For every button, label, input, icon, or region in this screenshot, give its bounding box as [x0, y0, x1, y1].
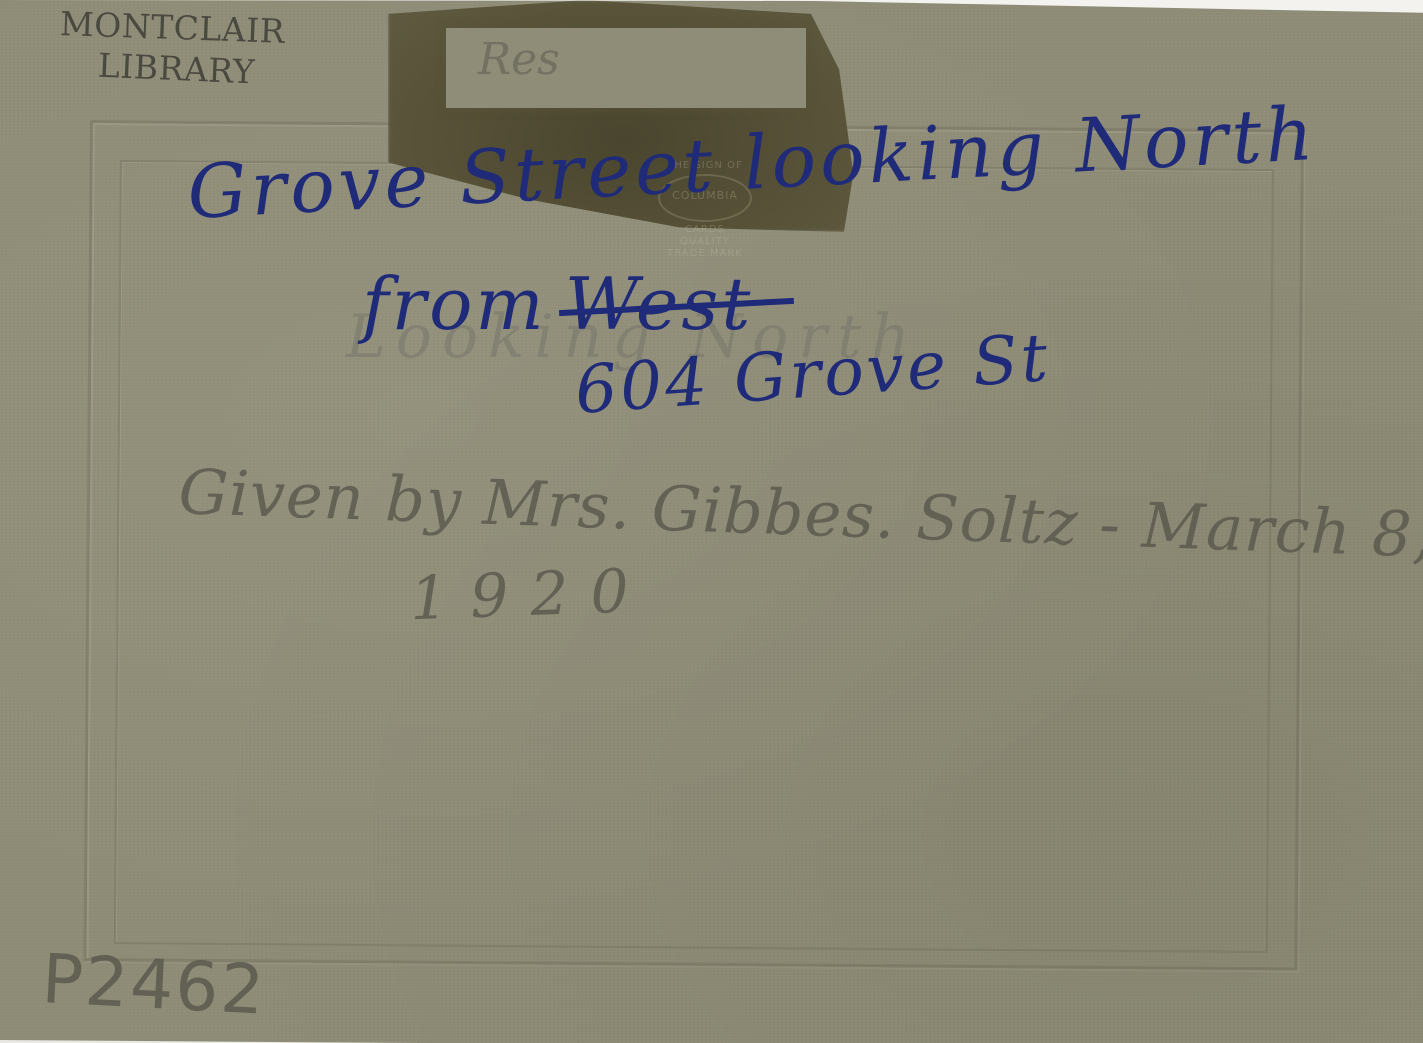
document-scan: MONTCLAIR LIBRARY Res THE SIGN OF COLUMB… [0, 0, 1423, 1043]
mount-card: MONTCLAIR LIBRARY Res THE SIGN OF COLUMB… [0, 0, 1423, 1043]
maker-line-5: TRADE MARK [645, 248, 765, 260]
catalog-number: P2462 [40, 940, 268, 1031]
struck-out-word: West [565, 262, 754, 346]
photo-year: 1920 [409, 556, 652, 634]
pencil-note-res: Res [478, 34, 560, 85]
maker-line-4: QUALITY [645, 236, 765, 248]
library-stamp: MONTCLAIR LIBRARY [60, 4, 340, 84]
from-word: from [362, 262, 547, 346]
maker-line-3: CARDS [645, 224, 765, 236]
handwritten-from-line: fromWest [362, 262, 753, 346]
